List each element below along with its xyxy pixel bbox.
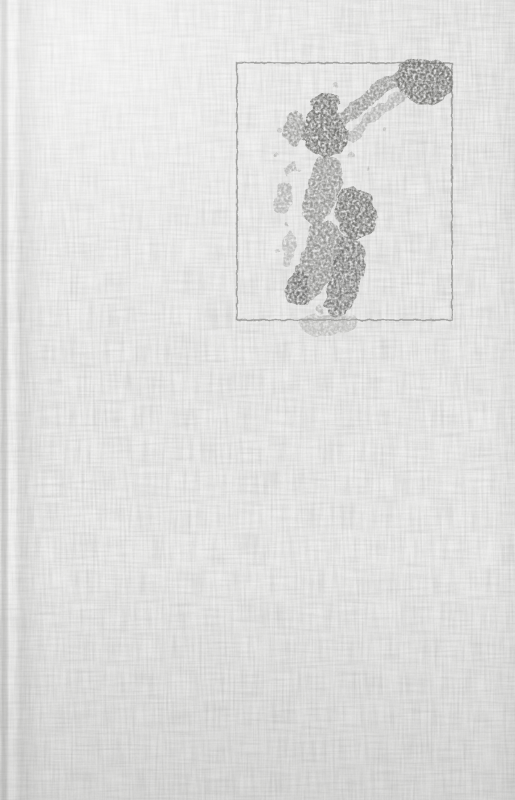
speckle-dot — [283, 223, 288, 228]
speckle-dot — [349, 152, 355, 158]
speckle-dot — [276, 248, 280, 252]
right-edge-shadow — [490, 0, 515, 800]
bottom-shadow — [0, 560, 515, 800]
book-cover-photo — [0, 0, 515, 800]
speckle-dot — [383, 128, 387, 132]
book-cover-canvas — [0, 0, 515, 800]
speckle-dot — [366, 168, 371, 173]
speckle-dot — [343, 223, 347, 227]
speckle-dot — [277, 127, 283, 133]
speckle-dot — [367, 117, 373, 123]
speckle-dot — [317, 307, 323, 313]
speckle-dot — [274, 153, 279, 158]
speckle-dot — [308, 128, 312, 132]
speckle-dot — [332, 82, 338, 88]
speckle-dot — [298, 168, 302, 172]
